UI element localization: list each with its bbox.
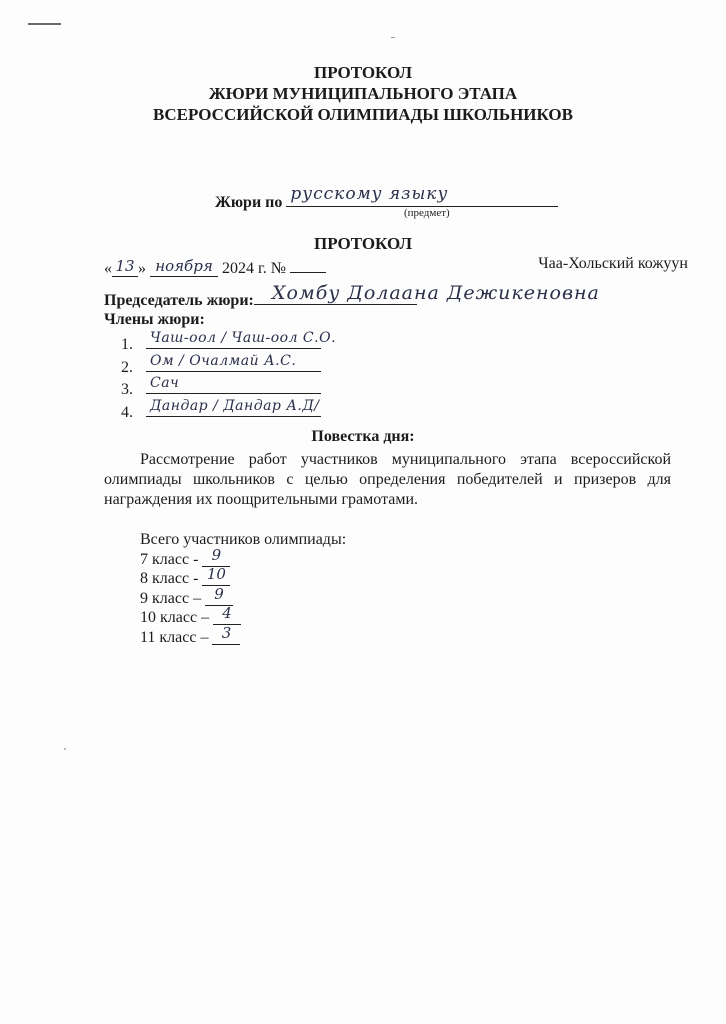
count-field: 9 — [202, 550, 230, 567]
subject-caption: (предмет) — [404, 207, 450, 219]
totals-row-grade-9: 9 класс – 9 — [140, 589, 346, 609]
subject-field: русскому языку — [286, 188, 558, 207]
date-line: «13» ноября 2024 г. № — [104, 255, 326, 278]
chair-signature: Хомбу Долаана Дежикеновна — [272, 282, 600, 304]
protocol-number-field — [290, 255, 326, 273]
grade-label: 10 класс – — [140, 609, 209, 626]
member-signature: Ом / Очалмай А.С. — [150, 352, 296, 372]
members-list: 1.Чаш-оол / Чаш-оол С.О. 2.Ом / Очалмай … — [121, 332, 321, 422]
count-handwritten: 9 — [212, 546, 222, 564]
member-number: 2. — [121, 358, 146, 378]
grade-label: 9 класс – — [140, 590, 201, 607]
member-signature-field: Сач — [146, 377, 321, 394]
year-text: 2024 г. № — [222, 260, 286, 277]
count-field: 3 — [212, 628, 240, 645]
subject-handwritten: русскому языку — [290, 184, 448, 204]
totals-label: Всего участников олимпиады: — [140, 530, 346, 550]
member-signature-field: Ом / Очалмай А.С. — [146, 355, 321, 372]
members-label: Члены жюри: — [104, 311, 205, 329]
jury-label: Жюри по — [215, 194, 282, 211]
agenda-text: Рассмотрение работ участников муниципаль… — [104, 450, 671, 510]
count-handwritten: 9 — [214, 585, 224, 603]
totals-row-grade-8: 8 класс - 10 — [140, 569, 346, 589]
member-signature-field: Чаш-оол / Чаш-оол С.О. — [146, 332, 321, 349]
count-field: 4 — [213, 608, 241, 625]
jury-subject-line: Жюри по русскому языку — [215, 188, 558, 212]
protocol-title: ПРОТОКОЛ — [0, 234, 726, 254]
member-signature: Сач — [150, 374, 179, 394]
count-handwritten: 3 — [222, 624, 232, 642]
participant-totals: Всего участников олимпиады: 7 класс - 9 … — [140, 530, 346, 647]
totals-row-grade-7: 7 класс - 9 — [140, 550, 346, 570]
header-line-2: ЖЮРИ МУНИЦИПАЛЬНОГО ЭТАПА — [0, 83, 726, 104]
grade-label: 8 класс - — [140, 570, 198, 587]
member-signature: Дандар / Дандар А.Д/ — [150, 397, 319, 417]
header-line-3: ВСЕРОССИЙСКОЙ ОЛИМПИАДЫ ШКОЛЬНИКОВ — [0, 104, 726, 125]
totals-row-grade-10: 10 класс – 4 — [140, 608, 346, 628]
member-item: 4.Дандар / Дандар А.Д/ — [121, 400, 321, 423]
member-signature-field: Дандар / Дандар А.Д/ — [146, 400, 321, 417]
place-name: Чаа-Хольский кожуун — [538, 255, 688, 273]
agenda-title: Повестка дня: — [0, 428, 726, 446]
count-handwritten: 4 — [222, 604, 232, 622]
month-handwritten: ноября — [155, 257, 213, 275]
open-quote: « — [104, 260, 112, 277]
count-field: 10 — [202, 569, 230, 586]
member-number: 1. — [121, 335, 146, 355]
count-handwritten: 10 — [207, 565, 226, 583]
totals-row-grade-11: 11 класс – 3 — [140, 628, 346, 648]
member-number: 3. — [121, 380, 146, 400]
member-signature: Чаш-оол / Чаш-оол С.О. — [150, 329, 336, 349]
grade-label: 7 класс - — [140, 551, 198, 568]
scan-artifact-line — [28, 23, 61, 25]
document-header: ПРОТОКОЛ ЖЮРИ МУНИЦИПАЛЬНОГО ЭТАПА ВСЕРО… — [0, 62, 726, 125]
chair-label: Председатель жюри: — [104, 292, 254, 309]
grade-label: 11 класс – — [140, 629, 208, 646]
member-number: 4. — [121, 403, 146, 423]
count-field: 9 — [205, 589, 233, 606]
close-quote: » — [138, 260, 146, 277]
day-field: 13 — [112, 259, 138, 277]
header-line-1: ПРОТОКОЛ — [0, 62, 726, 83]
day-handwritten: 13 — [115, 257, 134, 275]
scan-artifact-dot — [391, 37, 395, 38]
scan-artifact-speck — [64, 748, 66, 750]
month-field: ноября — [150, 259, 218, 277]
